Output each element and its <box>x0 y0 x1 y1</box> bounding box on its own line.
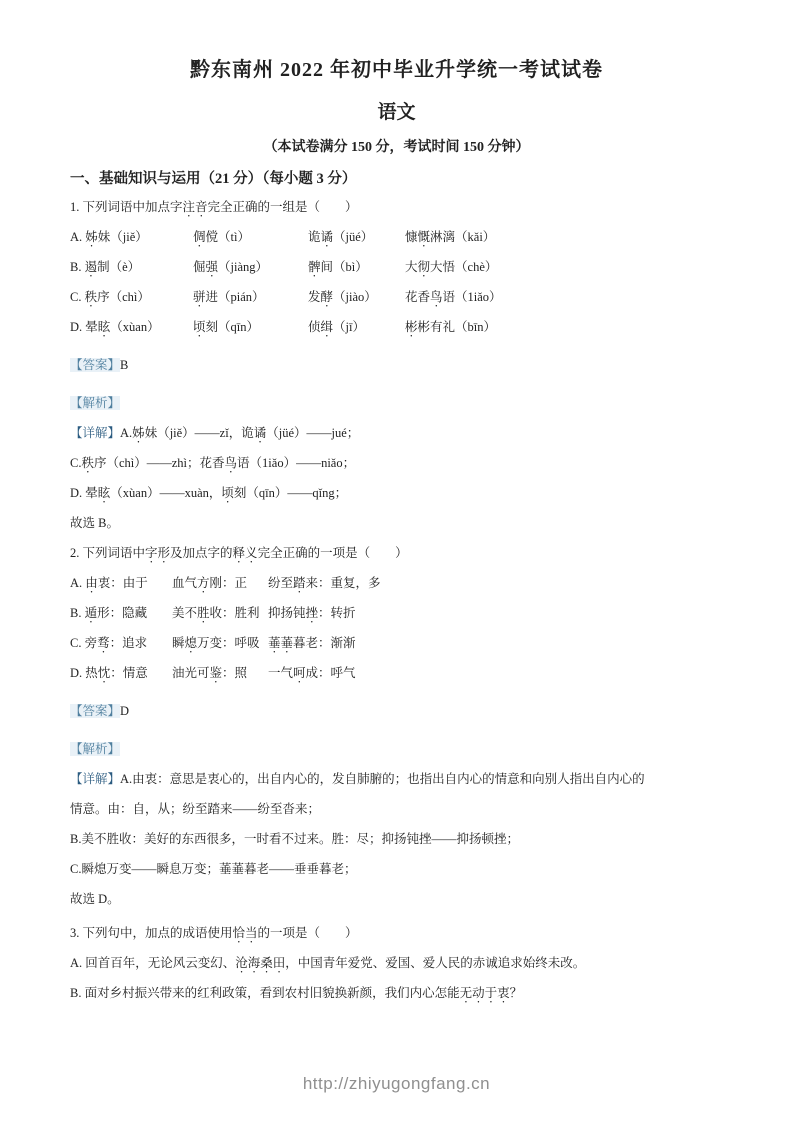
q1-option-c-cell-2: 骈进（pián） <box>193 282 308 312</box>
q2-option-b-cell-3: 抑扬钝挫：转折 <box>268 598 723 628</box>
q1-option-d-cell-2: 顷刻（qīn） <box>193 312 308 342</box>
q3-stem: 3. 下列句中，加点的成语使用恰当的一项是（ ） <box>70 918 723 948</box>
q2-analysis-label: 【解析】 <box>70 734 723 764</box>
q2-detail-line-1: 【详解】A.由衷：意思是衷心的，出自内心的，发自肺腑的；也指出自内心的情意和向别… <box>70 764 723 794</box>
q2-option-b-cell-1: B. 遁形：隐藏 <box>70 598 172 628</box>
q2-option-d-cell-2: 油光可鉴：照 <box>172 658 268 688</box>
section-heading: 一、基础知识与运用（21 分）（每小题 3 分） <box>70 166 723 192</box>
q1-conclusion: 故选 B。 <box>70 508 723 538</box>
q1-option-a-cell-1: A. 姊妹（jiě） <box>70 222 193 252</box>
q2-answer: 【答案】D <box>70 696 723 726</box>
q2-option-d-cell-1: D. 热忱：情意 <box>70 658 172 688</box>
q1-stem: 1. 下列词语中加点字注音完全正确的一组是（ ） <box>70 192 723 222</box>
doc-subject: 语文 <box>70 100 723 126</box>
q1-option-d-cell-3: 侦缉（jī） <box>308 312 405 342</box>
q1-answer: 【答案】B <box>70 350 723 380</box>
q1-option-a-cell-4: 慷慨淋漓（kǎi） <box>405 222 723 252</box>
q2-option-c-cell-1: C. 旁骛：追求 <box>70 628 172 658</box>
q1-option-c-cell-3: 发酵（jiào） <box>308 282 405 312</box>
q1-detail-line-2: C.秩序（chì）——zhì；花香鸟语（1iǎo）——niǎo； <box>70 448 723 478</box>
q2-option-a-cell-2: 血气方刚：正 <box>172 568 268 598</box>
q1-option-b-cell-1: B. 遏制（è） <box>70 252 193 282</box>
q2-option-a-cell-1: A. 由衷：由于 <box>70 568 172 598</box>
q2-conclusion: 故选 D。 <box>70 884 723 914</box>
watermark-url: http://zhiyugongfang.cn <box>0 1074 793 1094</box>
q2-options: A. 由衷：由于 血气方刚：正 纷至踏来：重复，多 B. 遁形：隐藏 美不胜收：… <box>70 568 723 688</box>
q1-option-b-cell-4: 大彻大悟（chè） <box>405 252 723 282</box>
q2-option-d-cell-3: 一气呵成：呼气 <box>268 658 723 688</box>
q1-option-a-cell-2: 倜傥（tì） <box>193 222 308 252</box>
q2-option-a-cell-3: 纷至踏来：重复，多 <box>268 568 723 598</box>
q2-detail-line-3: B.美不胜收：美好的东西很多，一时看不过来。胜：尽；抑扬钝挫——抑扬顿挫； <box>70 824 723 854</box>
q2-option-c-cell-3: 菙菙暮老：渐渐 <box>268 628 723 658</box>
page-content: 黔东南州 2022 年初中毕业升学统一考试试卷 语文 （本试卷满分 150 分，… <box>0 0 793 1008</box>
q1-option-d-cell-1: D. 晕眩（xùan） <box>70 312 193 342</box>
exam-info: （本试卷满分 150 分，考试时间 150 分钟） <box>70 137 723 159</box>
exam-page: 黔东南州 2022 年初中毕业升学统一考试试卷 语文 （本试卷满分 150 分，… <box>0 0 793 1122</box>
q1-detail-line-1: 【详解】A.姊妹（jiě）——zǐ，诡谲（jüé）——jué； <box>70 418 723 448</box>
q1-analysis-label: 【解析】 <box>70 388 723 418</box>
q1-option-d-cell-4: 彬彬有礼（bīn） <box>405 312 723 342</box>
q3-option-b: B. 面对乡村振兴带来的红利政策，看到农村旧貌换新颜，我们内心怎能无动于衷？ <box>70 978 723 1008</box>
q2-detail-line-4: C.瞬熄万变——瞬息万变；菙菙暮老——垂垂暮老； <box>70 854 723 884</box>
q1-detail-line-3: D. 晕眩（xùan）——xuàn，顷刻（qīn）——qǐng； <box>70 478 723 508</box>
q2-detail-line-2: 情意。由：自，从；纷至踏来——纷至沓来； <box>70 794 723 824</box>
q1-option-c-cell-4: 花香鸟语（1iǎo） <box>405 282 723 312</box>
q3-option-a: A. 回首百年，无论风云变幻、沧海桑田，中国青年爱党、爱国、爱人民的赤诚追求始终… <box>70 948 723 978</box>
q1-option-b-cell-3: 髀间（bì） <box>308 252 405 282</box>
q1-option-a-cell-3: 诡谲（jüé） <box>308 222 405 252</box>
q1-options: A. 姊妹（jiě） 倜傥（tì） 诡谲（jüé） 慷慨淋漓（kǎi） B. 遏… <box>70 222 723 342</box>
q2-option-b-cell-2: 美不胜收：胜利 <box>172 598 268 628</box>
q2-stem: 2. 下列词语中字形及加点字的释义完全正确的一项是（ ） <box>70 538 723 568</box>
q2-option-c-cell-2: 瞬熄万变：呼吸 <box>172 628 268 658</box>
doc-title: 黔东南州 2022 年初中毕业升学统一考试试卷 <box>70 56 723 84</box>
q1-option-c-cell-1: C. 秩序（chì） <box>70 282 193 312</box>
q1-option-b-cell-2: 倔强（jiàng） <box>193 252 308 282</box>
